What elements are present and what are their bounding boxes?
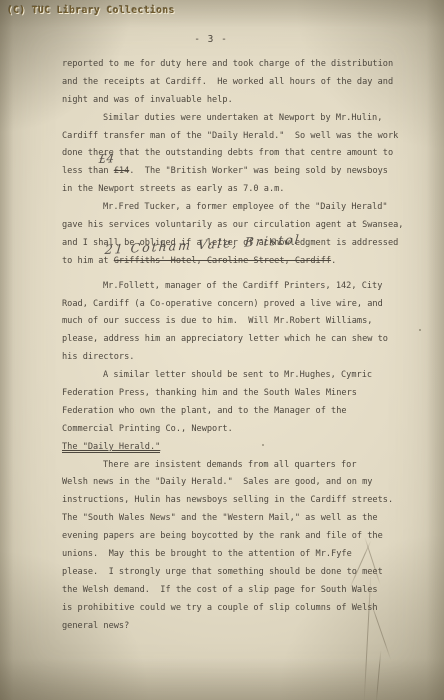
handwritten-correction: £4 (98, 150, 115, 169)
scanned-document-page: (C) TUC Library Collections - 3 - report… (0, 0, 444, 700)
typed-text: gave his services voluntarily as our cir… (62, 220, 403, 230)
typed-line: much of our success is due to him. Will … (62, 313, 412, 331)
typed-line: his directors. (62, 349, 412, 367)
typed-line: Mr.Fred Tucker, a former employee of the… (62, 199, 412, 217)
typed-text: evening papers are being boycotted by th… (62, 531, 383, 541)
typed-line: Commercial Printing Co., Newport. (62, 421, 412, 439)
paper-speck (262, 444, 264, 446)
typed-text: please, address him an appreciatory lett… (62, 334, 388, 344)
typed-line: and the receipts at Cardiff. He worked a… (62, 74, 412, 92)
typed-text: Federation Press, thanking him and the S… (62, 388, 357, 398)
typed-line: The "South Wales News" and the "Western … (62, 510, 412, 528)
typed-line: Cardiff transfer man of the "Daily Heral… (62, 128, 412, 146)
typed-text: Federation who own the plant, and to the… (62, 406, 347, 416)
typed-line: the Welsh demand. If the cost of a slip … (62, 582, 412, 600)
typed-text: unions. May this be brought to the atten… (62, 549, 352, 559)
typed-text: Mr.Fred Tucker, a former employee of the… (103, 202, 388, 212)
typed-line: A similar letter should be sent to Mr.Hu… (62, 367, 412, 385)
typed-text: There are insistent demands from all qua… (103, 460, 357, 470)
page-number: - 3 - (0, 34, 422, 45)
typed-line: less than £14. The "British Worker" was … (62, 163, 412, 181)
typed-text: general news? (62, 621, 129, 631)
typed-line: please, address him an appreciatory lett… (62, 331, 412, 349)
typed-text: much of our success is due to him. Will … (62, 316, 372, 326)
struck-out-text: Griffiths' Hotel, Caroline Street, Cardi… (114, 256, 331, 266)
typed-text: . The "British Worker" was being sold by… (129, 166, 388, 176)
typed-text: Commercial Printing Co., Newport. (62, 424, 233, 434)
typed-line: There are insistent demands from all qua… (62, 457, 412, 475)
typed-text: night and was of invaluable help. (62, 95, 233, 105)
typed-line: evening papers are being boycotted by th… (62, 528, 412, 546)
underlined-heading-text: The "Daily Herald." (62, 442, 160, 453)
struck-out-text: £14 (114, 166, 130, 176)
typed-line: in the Newport streets as early as 7.0 a… (62, 181, 412, 199)
typed-line: reported to me for duty here and took ch… (62, 56, 412, 74)
typed-line: instructions, Hulin has newsboys selling… (62, 492, 412, 510)
typed-text: instructions, Hulin has newsboys selling… (62, 495, 393, 505)
crease-mark (376, 650, 382, 700)
typed-text: Cardiff transfer man of the "Daily Heral… (62, 131, 398, 141)
typed-line: Similar duties were undertaken at Newpor… (62, 110, 412, 128)
typed-text: Road, Cardiff (a Co-operative concern) p… (62, 299, 383, 309)
typed-text: Mr.Follett, manager of the Cardiff Print… (103, 281, 382, 291)
typed-text-block: reported to me for duty here and took ch… (62, 56, 412, 636)
typed-text: his directors. (62, 352, 134, 362)
typed-text: in the Newport streets as early as 7.0 a… (62, 184, 284, 194)
typed-text: please. I strongly urge that something s… (62, 567, 383, 577)
typed-text: Welsh news in the "Daily Herald." Sales … (62, 477, 372, 487)
typed-text: . (331, 256, 336, 266)
typed-line: Mr.Follett, manager of the Cardiff Print… (62, 278, 412, 296)
typed-line: is prohibitive could we try a couple of … (62, 600, 412, 618)
paper-speck (419, 329, 421, 331)
typed-line: general news? (62, 618, 412, 636)
typed-line: to him at Griffiths' Hotel, Caroline Str… (62, 253, 412, 271)
typed-text: is prohibitive could we try a couple of … (62, 603, 378, 613)
typed-text: reported to me for duty here and took ch… (62, 59, 393, 69)
section-heading: The "Daily Herald." (62, 439, 412, 457)
typed-line: Federation who own the plant, and to the… (62, 403, 412, 421)
typed-line: Welsh news in the "Daily Herald." Sales … (62, 474, 412, 492)
typed-text: and the receipts at Cardiff. He worked a… (62, 77, 393, 87)
typed-line: Road, Cardiff (a Co-operative concern) p… (62, 296, 412, 314)
typed-line: unions. May this be brought to the atten… (62, 546, 412, 564)
typed-text: A similar letter should be sent to Mr.Hu… (103, 370, 372, 380)
typed-text: the Welsh demand. If the cost of a slip … (62, 585, 378, 595)
typed-line: night and was of invaluable help. (62, 92, 412, 110)
typed-line: gave his services voluntarily as our cir… (62, 217, 412, 235)
typed-text: The "South Wales News" and the "Western … (62, 513, 378, 523)
typed-text: Similar duties were undertaken at Newpor… (103, 113, 382, 123)
typed-line: done there that the outstanding debts fr… (62, 145, 412, 163)
typed-line: Federation Press, thanking him and the S… (62, 385, 412, 403)
archive-watermark: (C) TUC Library Collections (7, 5, 175, 16)
